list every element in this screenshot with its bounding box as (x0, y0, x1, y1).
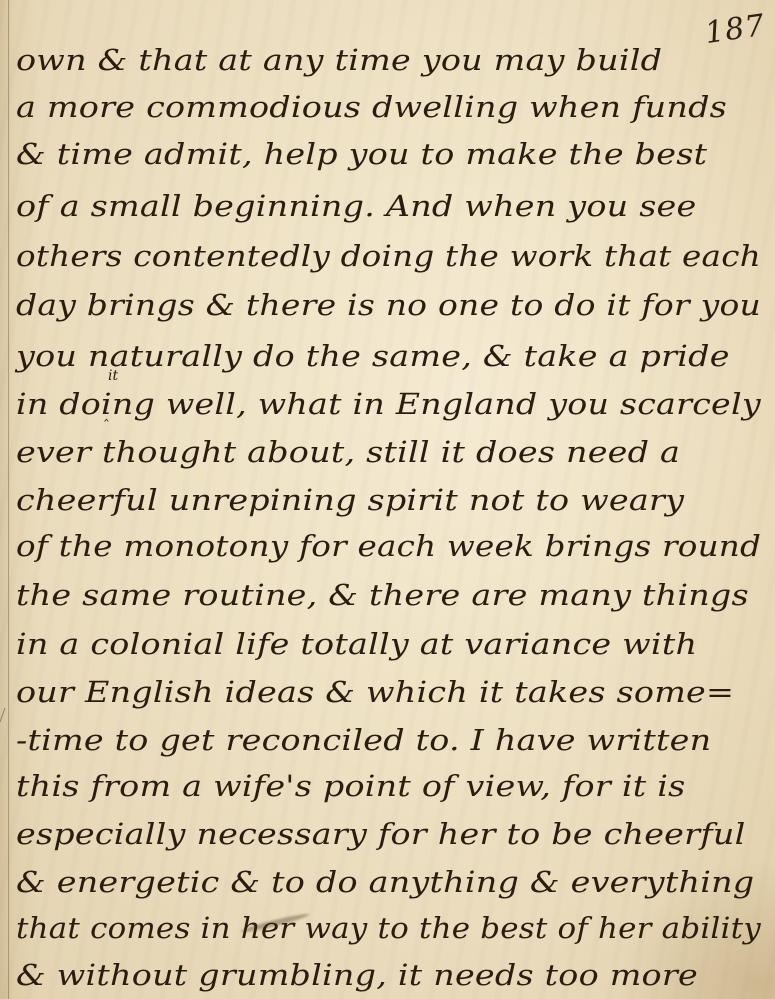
handwritten-text-block: own & that at any time you may build a m… (0, 0, 775, 999)
text-line: that comes in her way to the best of her… (16, 908, 761, 948)
text-line: especially necessary for her to be cheer… (16, 814, 746, 854)
text-line: you naturally do the same, & take a prid… (16, 336, 730, 376)
text-line: ever thought about, still it does need a (16, 432, 680, 472)
text-line: in doing well, what in England you scarc… (16, 384, 761, 424)
text-line: of a small beginning. And when you see (16, 186, 697, 226)
text-line: & without grumbling, it needs too more (16, 955, 698, 995)
text-line: in a colonial life totally at variance w… (16, 624, 697, 664)
insertion-caret-icon: ‸ (104, 406, 109, 422)
text-line: cheerful unrepining spirit not to weary (16, 480, 684, 520)
text-line: & time admit, help you to make the best (16, 134, 707, 174)
text-line: of the monotony for each week brings rou… (16, 526, 761, 566)
text-line: a more commodious dwelling when funds (16, 87, 727, 127)
text-line: the same routine, & there are many thing… (16, 575, 749, 615)
text-line: & energetic & to do anything & everythin… (16, 862, 754, 902)
text-line: our English ideas & which it takes some= (16, 672, 734, 712)
text-line: own & that at any time you may build (16, 40, 662, 80)
text-line: this from a wife's point of view, for it… (16, 766, 685, 806)
manuscript-page: 187 own & that at any time you may build… (0, 0, 775, 999)
text-line: day brings & there is no one to do it fo… (16, 285, 761, 325)
text-line: others contentedly doing the work that e… (16, 236, 761, 276)
superscript-insertion: it (108, 368, 118, 384)
text-line: -time to get reconciled to. I have writt… (16, 720, 711, 760)
